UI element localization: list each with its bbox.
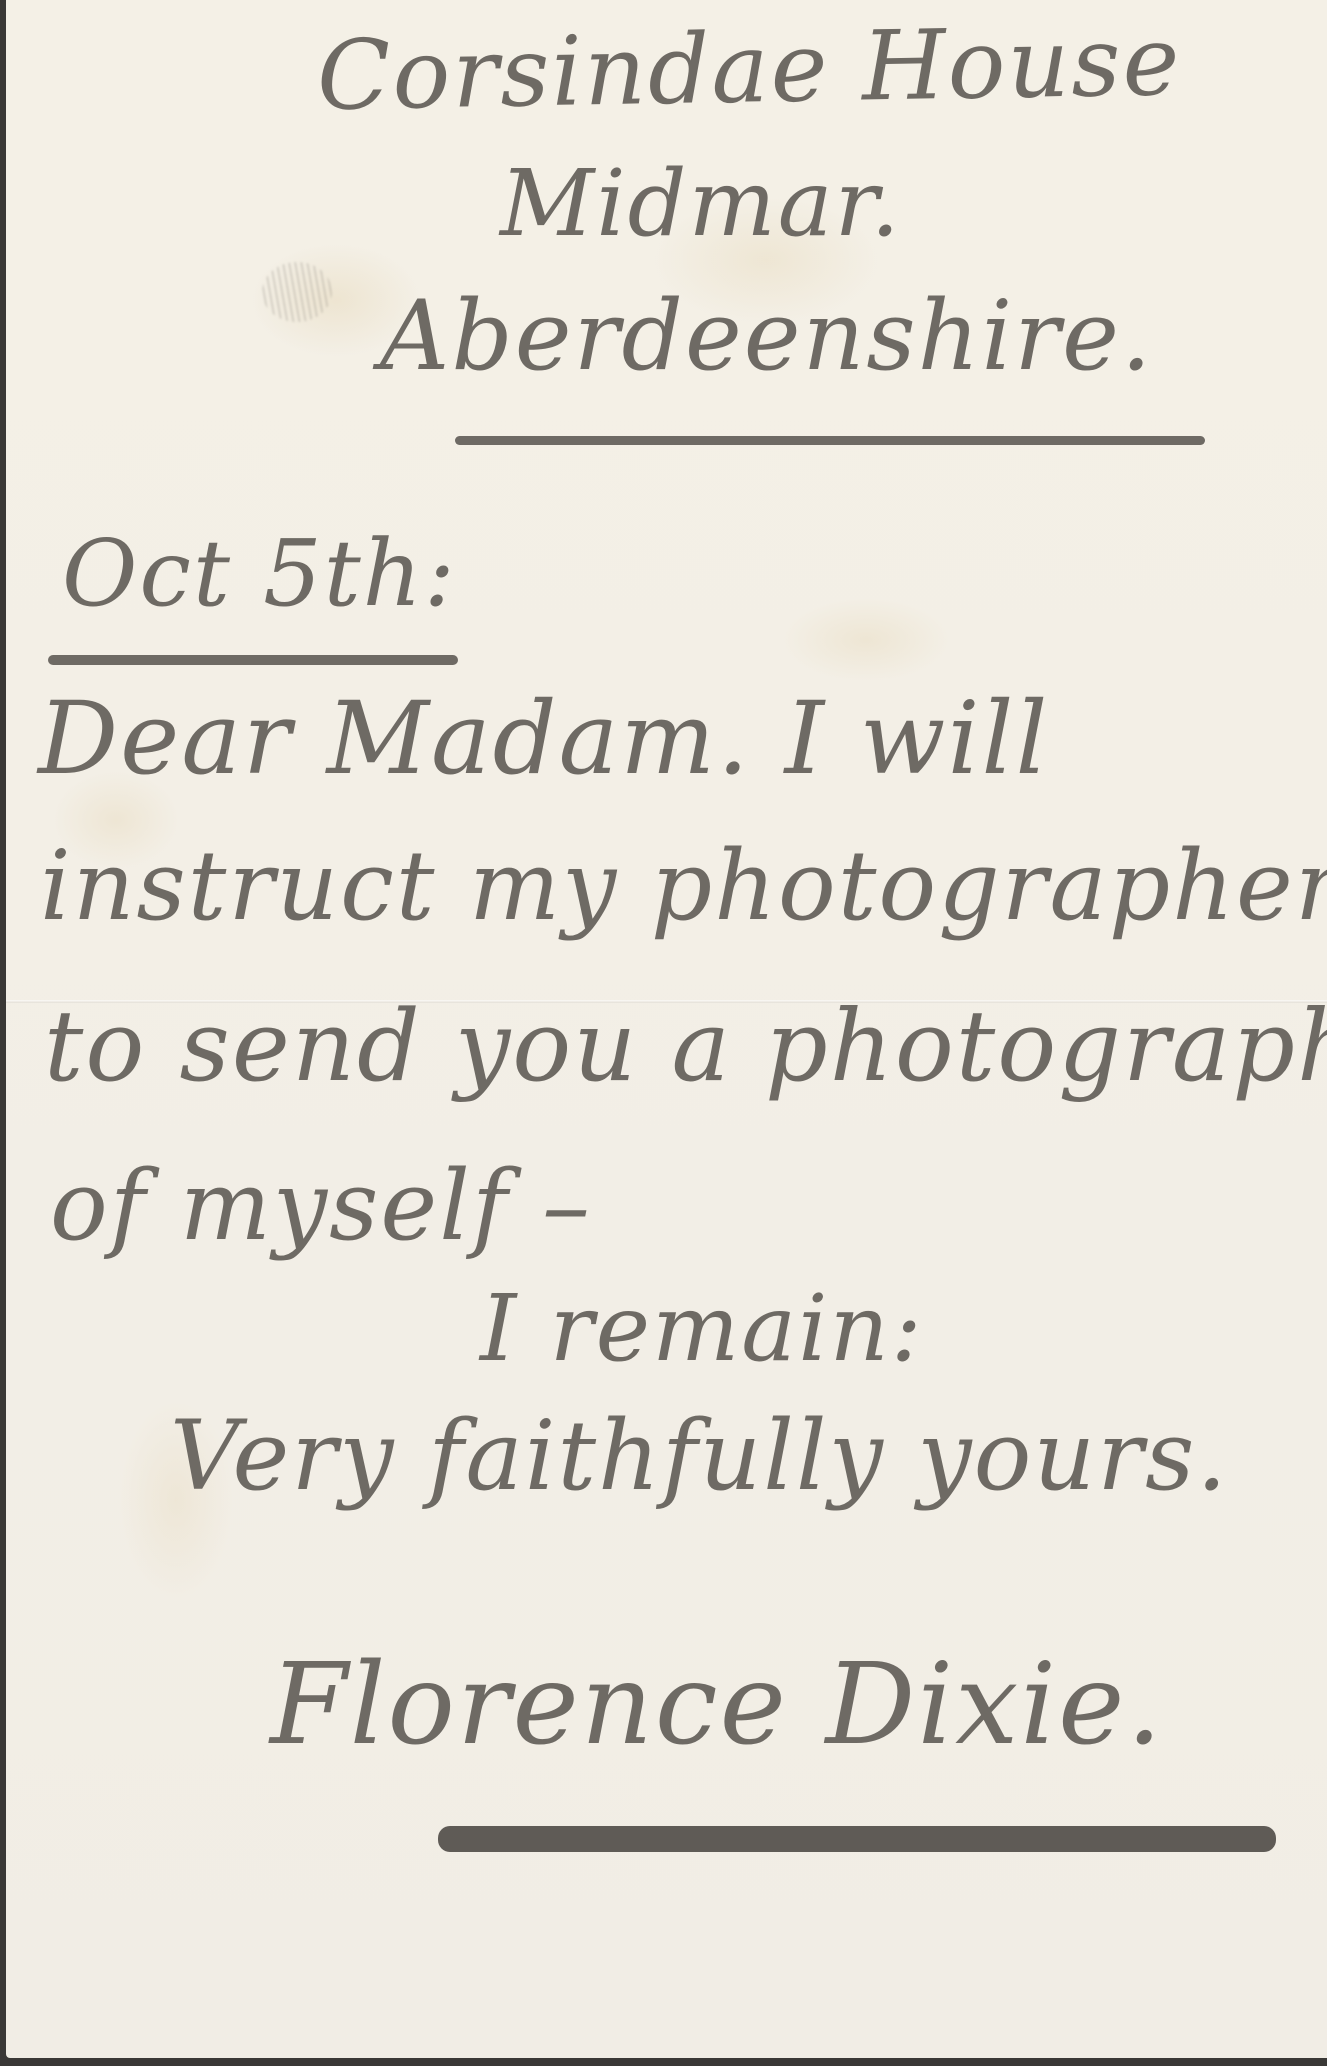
letterhead-county: Aberdeenshire. [380,280,1153,392]
body-line-salutation: Dear Madam. I will [38,680,1049,797]
date-underline [48,655,458,665]
letterhead-town: Midmar. [500,150,902,257]
letterhead-house: Corsindae House [316,5,1182,132]
signature-underline [438,1826,1276,1852]
ink-smudge [262,262,332,322]
body-line-4: of myself – [50,1150,592,1262]
signature: Florence Dixie. [270,1640,1164,1770]
letter-date: Oct 5th: [62,520,457,627]
body-line-3: to send you a photograph [44,990,1327,1104]
letterhead-underline [455,436,1205,445]
closing-remain: I remain: [480,1275,924,1382]
closing-valediction: Very faithfully yours. [170,1400,1229,1512]
body-line-2: instruct my photographer [40,830,1327,942]
